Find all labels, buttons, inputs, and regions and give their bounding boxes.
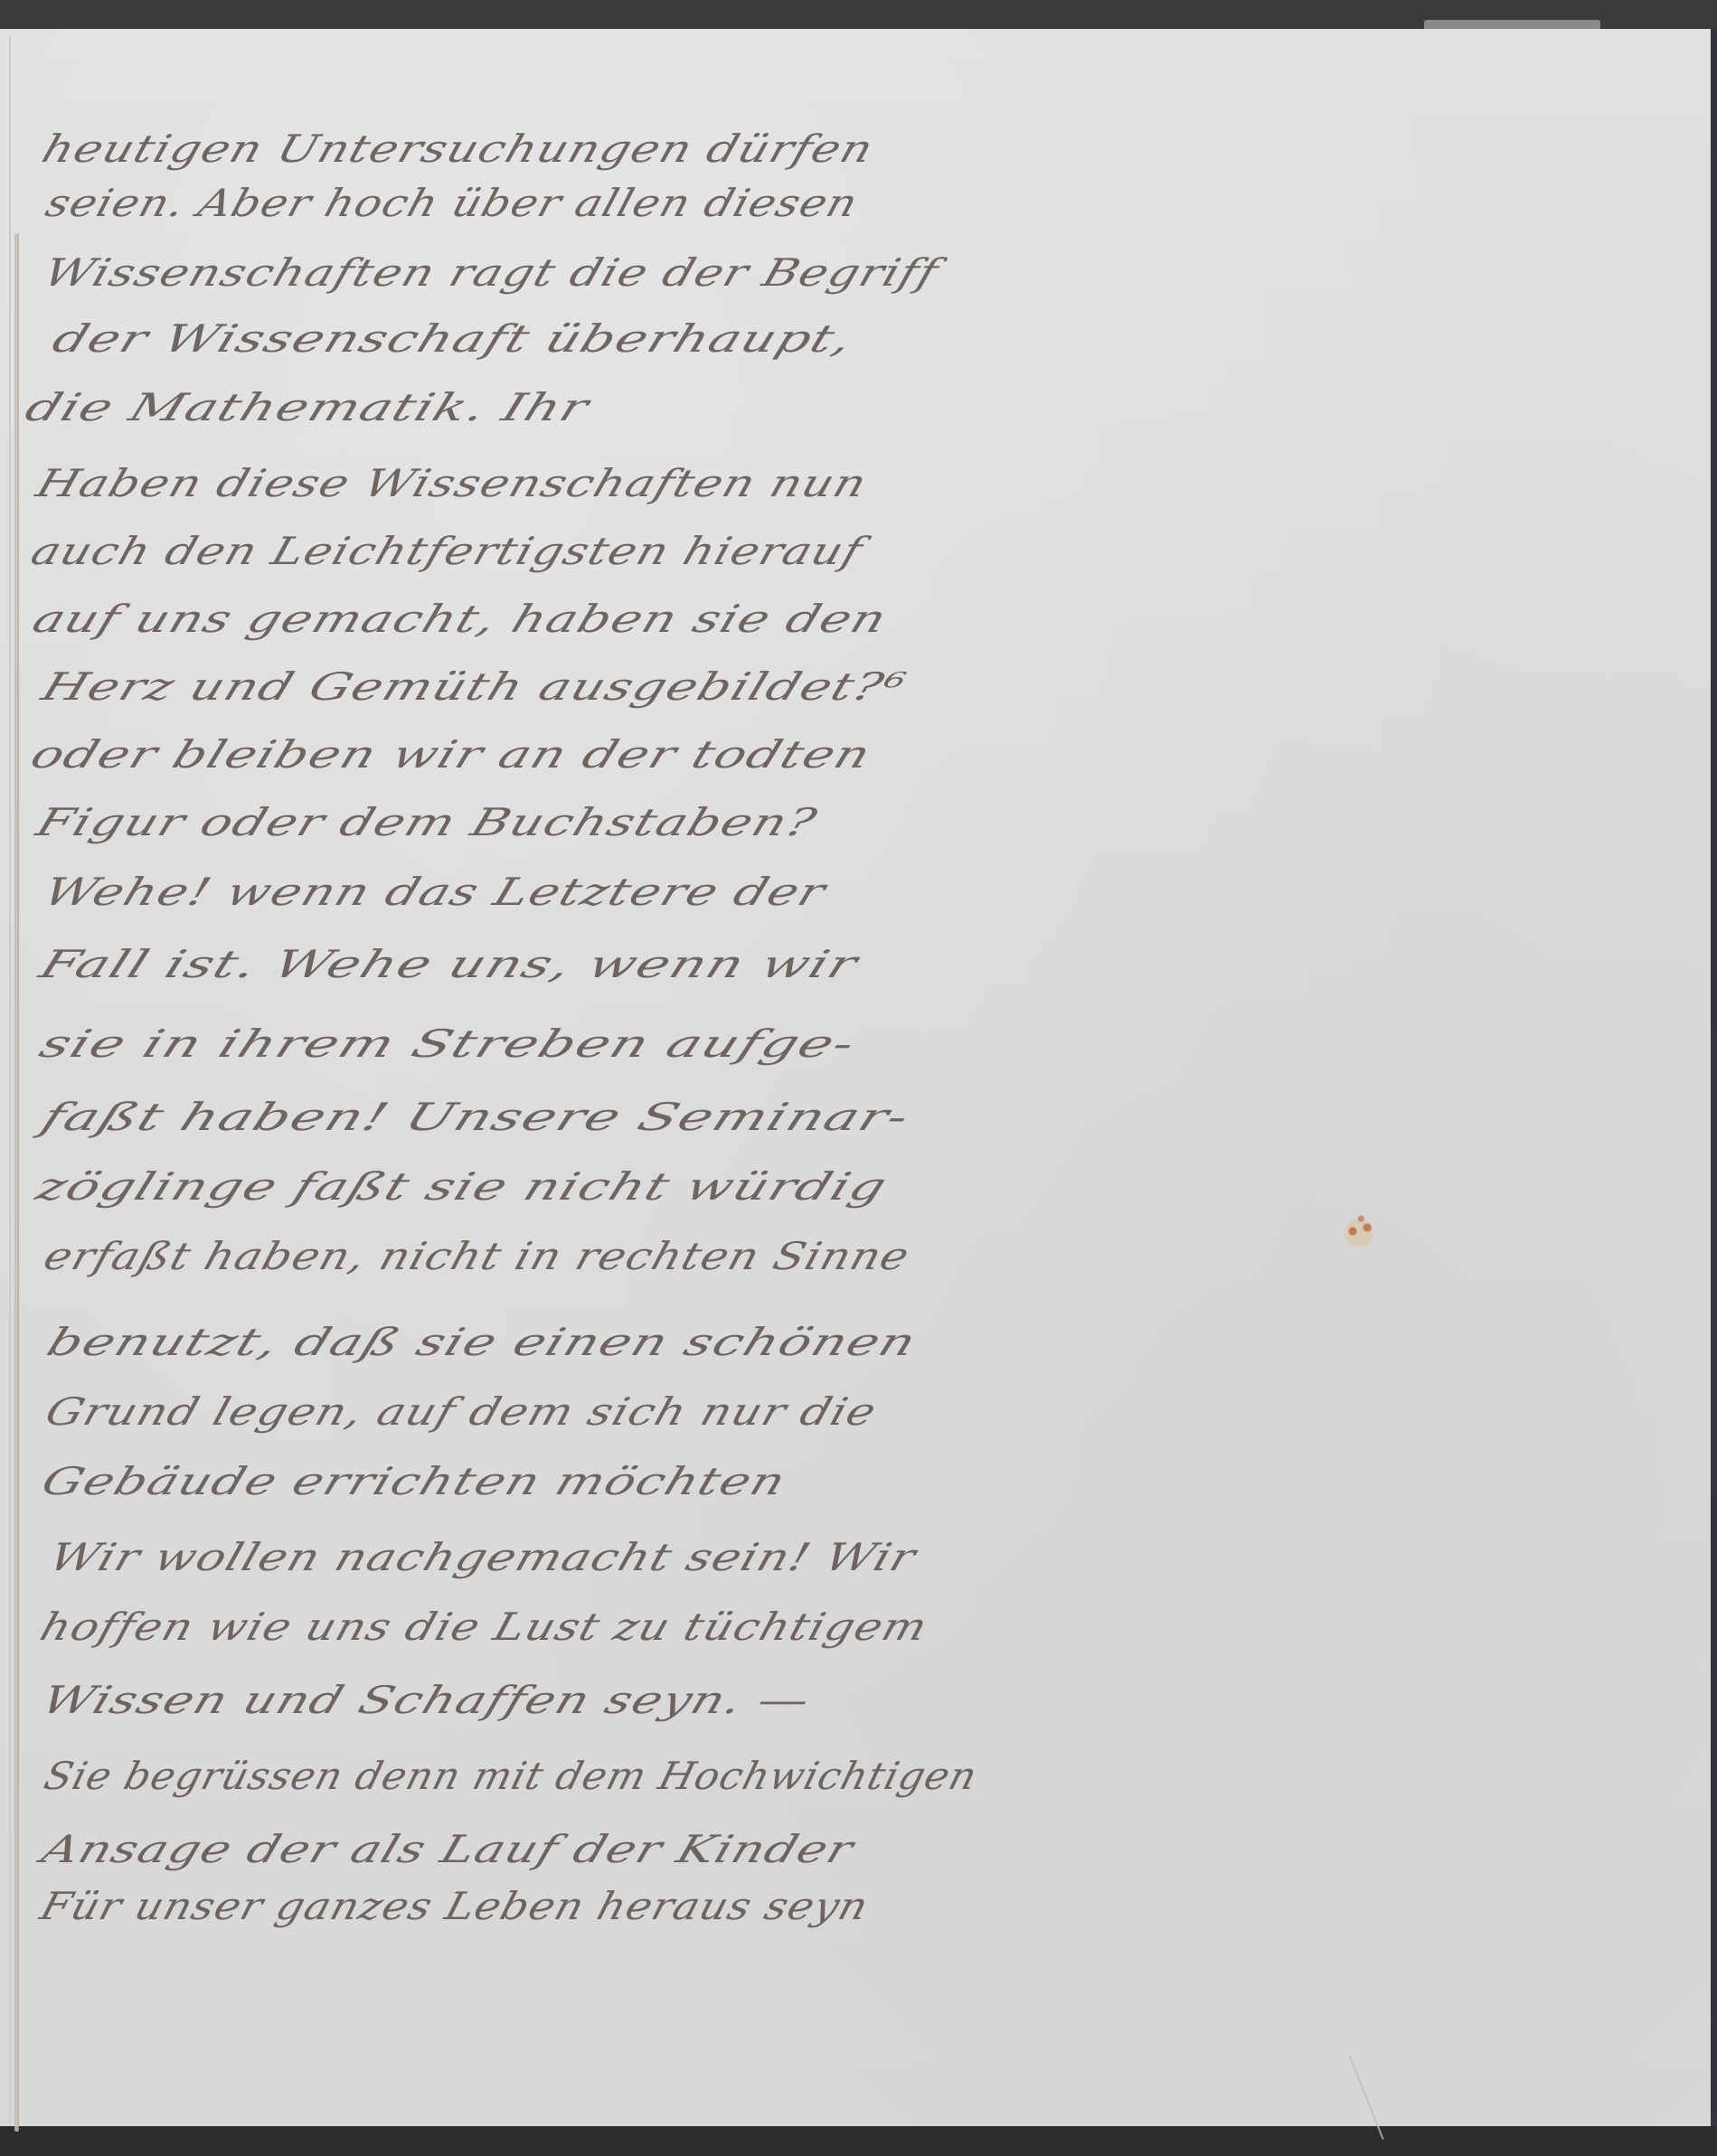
handwritten-line-text: Wehe! wenn das Letztere der — [39, 873, 831, 911]
handwritten-line: Herz und Gemüth ausgebildet?⁶ — [43, 668, 904, 706]
handwritten-line-text: zöglinge faßt sie nicht würdig — [32, 1168, 892, 1206]
handwritten-line-text: auch den Leichtfertigsten hierauf — [27, 532, 868, 570]
handwritten-line-text: Grund legen, auf dem sich nur die — [42, 1393, 882, 1431]
handwritten-line-text: Sie begrüssen denn mit dem Hochwichtigen — [41, 1757, 982, 1795]
handwritten-line-text: die Mathematik. Ihr — [21, 389, 595, 427]
handwritten-line-text: Wissen und Schaffen seyn. — — [37, 1681, 816, 1719]
handwritten-line: die Mathematik. Ihr — [27, 389, 588, 427]
handwritten-line: Gebäude errichten möchten — [43, 1463, 785, 1501]
handwritten-line: Wissenschaften ragt die der Begriff — [45, 254, 938, 292]
handwritten-line-text: Herz und Gemüth ausgebildet?⁶ — [37, 668, 910, 706]
handwritten-line-text: sie in ihrem Streben aufge- — [34, 1025, 861, 1063]
handwritten-line-text: Fall ist. Wehe uns, wenn wir — [34, 946, 863, 984]
handwritten-line: Ansage der als Lauf der Kinder — [43, 1831, 853, 1869]
handwritten-line: Wissen und Schaffen seyn. — — [43, 1681, 809, 1719]
handwritten-line-text: oder bleiben wir an der todten — [26, 736, 876, 774]
handwritten-line: auf uns gemacht, haben sie den — [34, 600, 886, 638]
handwritten-line: Wir wollen nachgemacht sein! Wir — [51, 1539, 915, 1577]
handwritten-line: oder bleiben wir an der todten — [33, 736, 870, 774]
handwritten-line-text: Haben diese Wissenschaften nun — [32, 465, 872, 503]
handwritten-line: hoffen wie uns die Lust zu tüchtigem — [42, 1608, 927, 1646]
handwritten-line: Fall ist. Wehe uns, wenn wir — [42, 946, 856, 984]
handwritten-line-text: erfaßt haben, nicht in rechten Sinne — [40, 1238, 914, 1276]
handwritten-line: Für unser ganzes Leben heraus seyn — [42, 1888, 868, 1925]
handwritten-line: Figur oder dem Buchstaben? — [38, 804, 816, 842]
handwritten-line-text: Ansage der als Lauf der Kinder — [37, 1831, 858, 1869]
handwritten-line-text: heutigen Untersuchungen dürfen — [38, 130, 879, 168]
handwritten-line: Sie begrüssen denn mit dem Hochwichtigen — [45, 1757, 976, 1795]
handwritten-line: Grund legen, auf dem sich nur die — [47, 1393, 875, 1431]
handwritten-line-text: benutzt, daß sie einen schönen — [42, 1323, 922, 1361]
handwritten-line: Wehe! wenn das Letztere der — [45, 873, 825, 911]
handwritten-line: sie in ihrem Streben aufge- — [42, 1025, 854, 1063]
handwritten-line: seien. Aber hoch über allen diesen — [47, 184, 857, 222]
handwritten-line: erfaßt haben, nicht in rechten Sinne — [45, 1238, 909, 1276]
handwritten-line: zöglinge faßt sie nicht würdig — [38, 1168, 886, 1206]
handwritten-line-text: Wir wollen nachgemacht sein! Wir — [44, 1539, 920, 1577]
handwritten-line: benutzt, daß sie einen schönen — [49, 1323, 915, 1361]
handwritten-line: heutigen Untersuchungen dürfen — [43, 130, 873, 168]
handwritten-text-block: heutigen Untersuchungen dürfenseien. Abe… — [0, 0, 1717, 2156]
handwritten-line-text: Figur oder dem Buchstaben? — [32, 804, 822, 842]
handwritten-line-text: faßt haben! Unsere Seminar- — [36, 1098, 915, 1136]
handwritten-line-text: Für unser ganzes Leben heraus seyn — [36, 1888, 873, 1925]
handwritten-line-text: seien. Aber hoch über allen diesen — [42, 184, 863, 222]
handwritten-line: auch den Leichtfertigsten hierauf — [33, 532, 862, 570]
handwritten-line-text: auf uns gemacht, haben sie den — [28, 600, 892, 638]
handwritten-line: der Wissenschaft überhaupt, — [54, 320, 852, 358]
handwritten-line: Haben diese Wissenschaften nun — [38, 465, 866, 503]
handwritten-line-text: Gebäude errichten möchten — [37, 1463, 791, 1501]
handwritten-line-text: Wissenschaften ragt die der Begriff — [39, 254, 943, 292]
handwritten-line: faßt haben! Unsere Seminar- — [43, 1098, 909, 1136]
handwritten-line-text: der Wissenschaft überhaupt, — [48, 320, 859, 358]
handwritten-line-text: hoffen wie uns die Lust zu tüchtigem — [36, 1608, 932, 1646]
